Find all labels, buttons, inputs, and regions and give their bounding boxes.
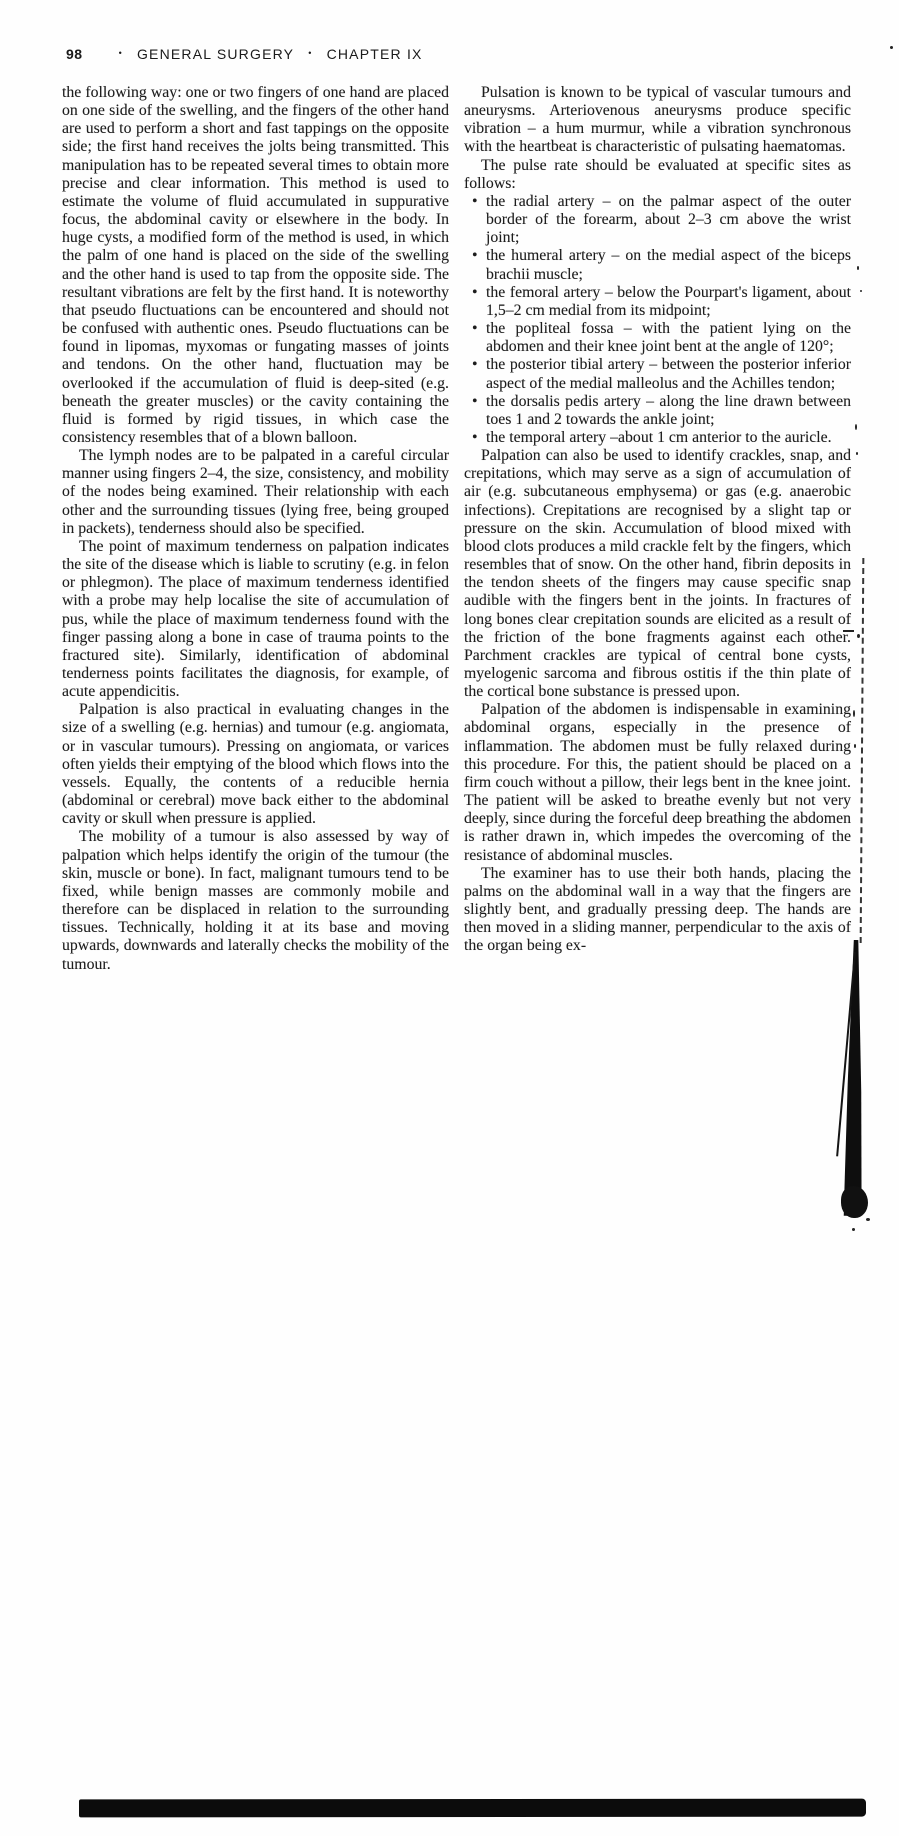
scan-artifact-ink-streak (844, 940, 867, 1216)
list-item: the femoral artery – below the Pourpart'… (464, 284, 851, 320)
scan-artifact-speck (856, 452, 858, 455)
right-column: Pulsation is known to be typical of vasc… (464, 84, 851, 974)
paragraph: The lymph nodes are to be palpated in a … (62, 447, 449, 538)
scan-artifact-bottom-bar (79, 1799, 866, 1818)
paragraph: Palpation can also be used to identify c… (464, 447, 851, 701)
list-item: the posterior tibial artery – between th… (464, 356, 851, 392)
scan-artifact-ink-blob (841, 1186, 868, 1218)
scan-artifact-speck (855, 424, 857, 430)
chapter-label: CHAPTER IX (327, 46, 423, 62)
list-item: the radial artery – on the palmar aspect… (464, 193, 851, 247)
scan-artifact-speck (853, 710, 855, 717)
scan-artifact-speck (854, 744, 856, 748)
separator-dot-icon: • (119, 48, 123, 58)
scan-artifact-dash (843, 630, 854, 632)
scan-artifact-speck (857, 634, 860, 638)
list-item: the popliteal fossa – with the patient l… (464, 320, 851, 356)
paragraph: The mobility of a tumour is also assesse… (62, 828, 449, 973)
scanned-book-page: 98 • GENERAL SURGERY • CHAPTER IX the fo… (0, 0, 899, 1836)
list-item: the humeral artery – on the medial aspec… (464, 247, 851, 283)
running-head: 98 • GENERAL SURGERY • CHAPTER IX (66, 46, 423, 62)
paragraph: Palpation of the abdomen is indispensabl… (464, 701, 851, 864)
left-column: the following way: one or two fingers of… (62, 84, 449, 974)
scan-artifact-speck (890, 46, 893, 49)
paragraph: Pulsation is known to be typical of vasc… (464, 84, 851, 157)
two-column-text-block: the following way: one or two fingers of… (62, 84, 851, 974)
paragraph: The point of maximum tenderness on palpa… (62, 538, 449, 701)
scan-artifact-speck (857, 266, 859, 270)
scan-artifact-speck (866, 1218, 870, 1221)
list-item: the dorsalis pedis artery – along the li… (464, 393, 851, 429)
paragraph: The pulse rate should be evaluated at sp… (464, 157, 851, 193)
paragraph: Palpation is also practical in evaluatin… (62, 701, 449, 828)
paragraph: The examiner has to use their both hands… (464, 865, 851, 956)
separator-dot-icon: • (308, 48, 312, 58)
book-title: GENERAL SURGERY (137, 46, 294, 62)
page-number: 98 (66, 46, 83, 62)
list-item: the temporal artery –about 1 cm anterior… (464, 429, 851, 447)
paragraph: the following way: one or two fingers of… (62, 84, 449, 447)
pulse-sites-list: the radial artery – on the palmar aspect… (464, 193, 851, 447)
scan-artifact-broken-line (860, 558, 865, 943)
scan-artifact-speck (860, 290, 862, 292)
scan-artifact-speck (852, 1228, 855, 1231)
